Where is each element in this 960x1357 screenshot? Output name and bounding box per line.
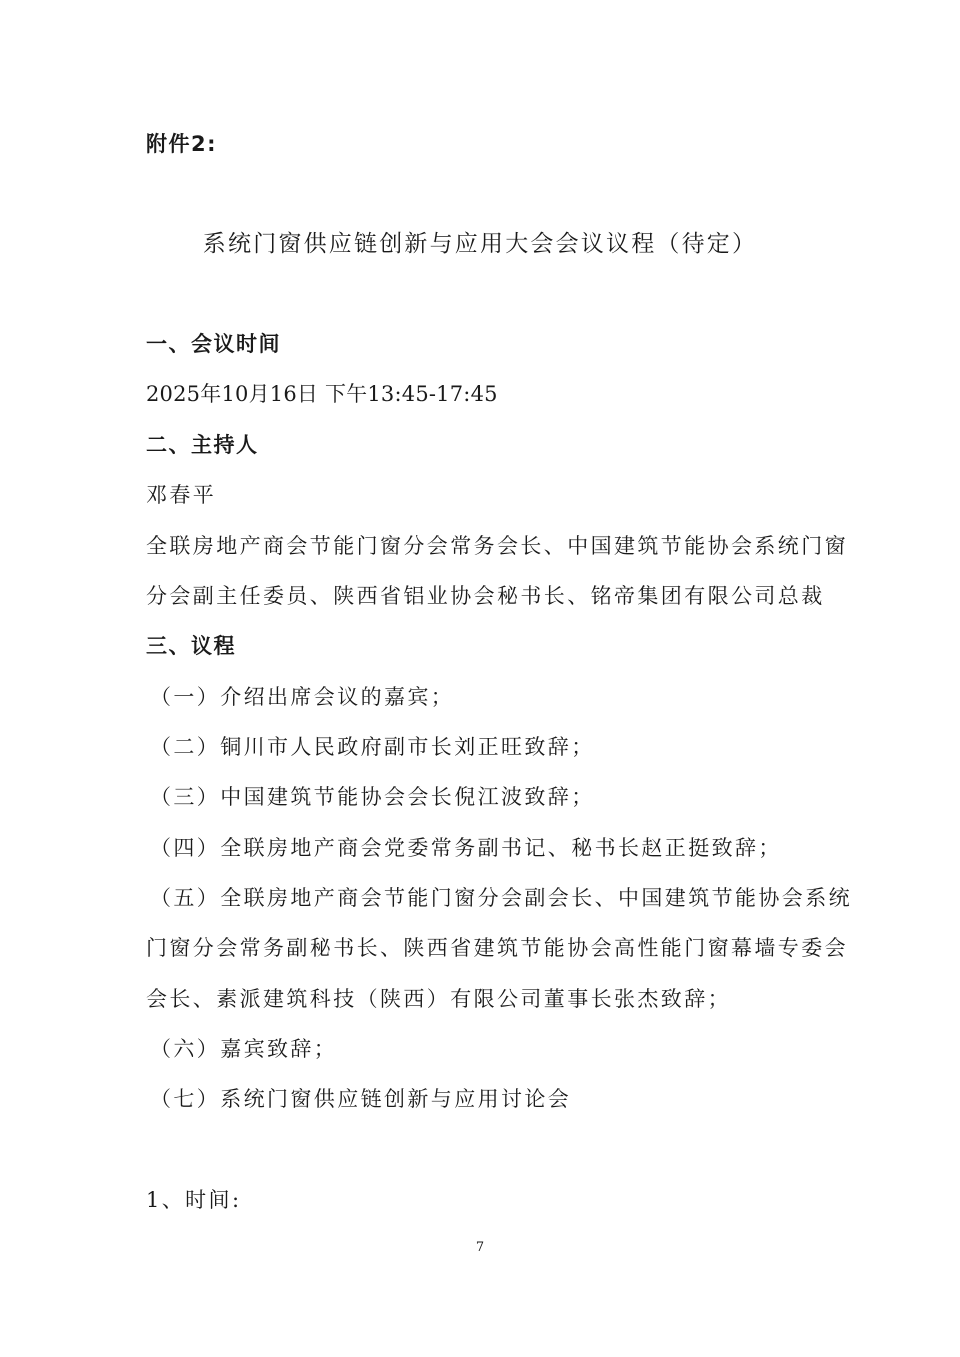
sub-item-time: 1、时间: [146, 1186, 241, 1214]
section-heading-host: 二、主持人 [146, 431, 259, 459]
document-title: 系统门窗供应链创新与应用大会会议议程（待定） [0, 229, 960, 259]
section-heading-time: 一、会议时间 [146, 330, 281, 358]
host-titles-line-1: 全联房地产商会节能门窗分会常务会长、中国建筑节能协会系统门窗 [146, 532, 848, 560]
agenda-item-5-line-2: 门窗分会常务副秘书长、陕西省建筑节能协会高性能门窗幕墙专委会 [146, 934, 848, 962]
agenda-item-2: （二）铜川市人民政府副市长刘正旺致辞； [150, 733, 595, 761]
agenda-item-6: （六）嘉宾致辞； [150, 1035, 337, 1063]
attachment-label: 附件2: [146, 130, 217, 158]
agenda-item-5-line-1: （五）全联房地产商会节能门窗分会副会长、中国建筑节能协会系统 [150, 884, 852, 912]
agenda-item-1: （一）介绍出席会议的嘉宾； [150, 683, 454, 711]
host-name: 邓春平 [146, 481, 216, 509]
agenda-item-3: （三）中国建筑节能协会会长倪江波致辞； [150, 783, 595, 811]
section-heading-agenda: 三、议程 [146, 632, 236, 660]
agenda-item-4: （四）全联房地产商会党委常务副书记、秘书长赵正挺致辞； [150, 834, 782, 862]
meeting-time: 2025年10月16日 下午13:45-17:45 [146, 380, 498, 408]
agenda-item-5-line-3: 会长、素派建筑科技（陕西）有限公司董事长张杰致辞； [146, 985, 731, 1013]
agenda-item-7: （七）系统门窗供应链创新与应用讨论会 [150, 1085, 571, 1113]
host-titles-line-2: 分会副主任委员、陕西省铝业协会秘书长、铭帝集团有限公司总裁 [146, 582, 825, 610]
page-number: 7 [0, 1240, 960, 1255]
